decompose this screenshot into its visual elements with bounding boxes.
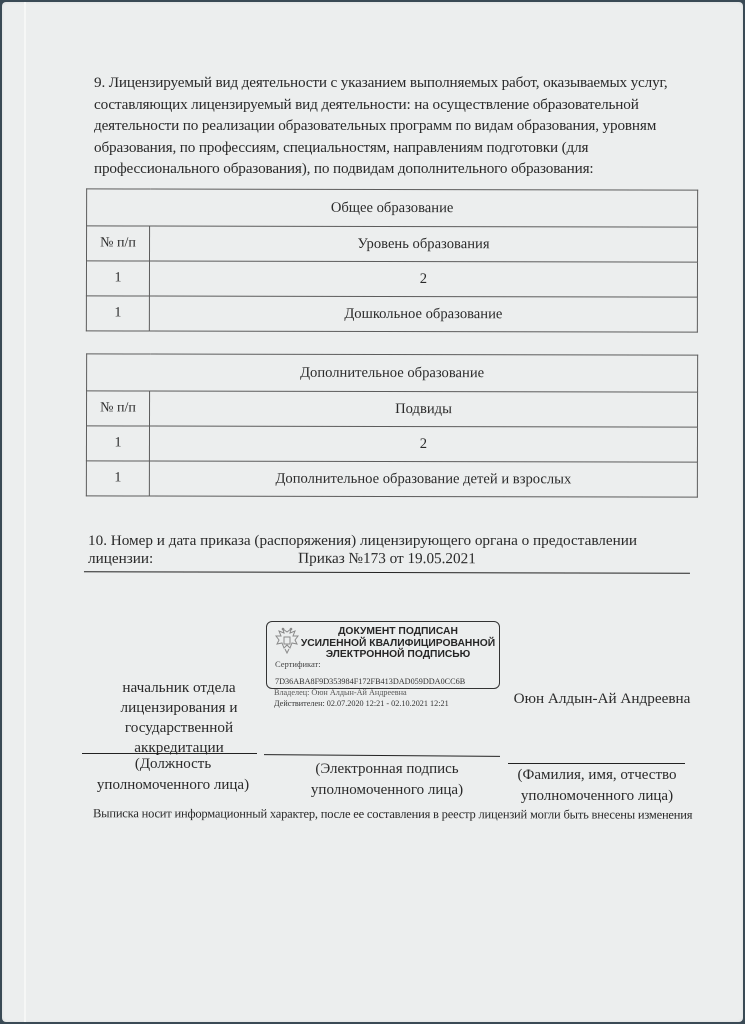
table-row: 1 Дополнительное образование детей и взр… [86,461,697,497]
column-header-level: Уровень образования [149,226,697,262]
cell-number: 1 [86,261,149,296]
table-header-row: № п/п Подвиды [86,391,697,427]
cell-number: 1 [86,461,149,496]
certificate-number: 7D36ABA8F9D353984F172FB413DAD059DDA0CC6B [275,677,465,686]
table-title: Дополнительное образование [87,354,698,392]
certificate-owner: Владелец: Оюн Алдын-Ай Андреевна [274,688,407,697]
table-row: 1 Дошкольное образование [86,296,697,332]
column-header-subtypes: Подвиды [149,391,697,427]
table-row: 1 2 [86,426,697,462]
certificate-validity: Действителен: 02.07.2020 12:21 - 02.10.2… [274,699,449,708]
additional-education-table: Дополнительное образование № п/п Подвиды… [86,353,698,497]
table-row: 1 2 [86,261,697,297]
signature-line [264,754,500,757]
column-header-number: № п/п [86,391,149,426]
cell-value: Дошкольное образование [149,296,697,332]
general-education-table: Общее образование № п/п Уровень образова… [86,188,698,332]
cell-number: 1 [86,426,149,461]
cell-value: Дополнительное образование детей и взрос… [149,461,697,497]
cell-value: 2 [149,261,697,297]
electronic-signature-stamp: ДОКУМЕНТ ПОДПИСАН УСИЛЕННОЙ КВАЛИФИЦИРОВ… [266,621,500,689]
signatory-full-name: Оюн Алдын-Ай Андреевна [507,690,697,708]
caption-name: (Фамилия, имя, отчество уполномоченного … [507,765,687,807]
cell-value: 2 [149,426,697,462]
section-9-licensed-activity: 9. Лицензируемый вид деятельности с указ… [94,72,704,180]
cell-number: 1 [86,296,149,331]
signatory-position: начальник отдела лицензирования и госуда… [94,678,264,758]
disclaimer: Выписка носит информационный характер, п… [93,806,703,823]
stamp-title: ДОКУМЕНТ ПОДПИСАН УСИЛЕННОЙ КВАЛИФИЦИРОВ… [297,626,499,661]
name-line [508,763,685,764]
caption-position: (Должность уполномоченного лица) [88,754,258,796]
document-page: 9. Лицензируемый вид деятельности с указ… [2,2,743,1022]
table-header-row: № п/п Уровень образования [86,226,697,262]
certificate-label: Сертификат: [275,659,321,669]
order-number-date: Приказ №173 от 19.05.2021 [84,549,690,574]
caption-signature: (Электронная подпись уполномоченного лиц… [292,759,482,801]
column-header-number: № п/п [86,226,149,261]
table-title: Общее образование [87,189,698,227]
